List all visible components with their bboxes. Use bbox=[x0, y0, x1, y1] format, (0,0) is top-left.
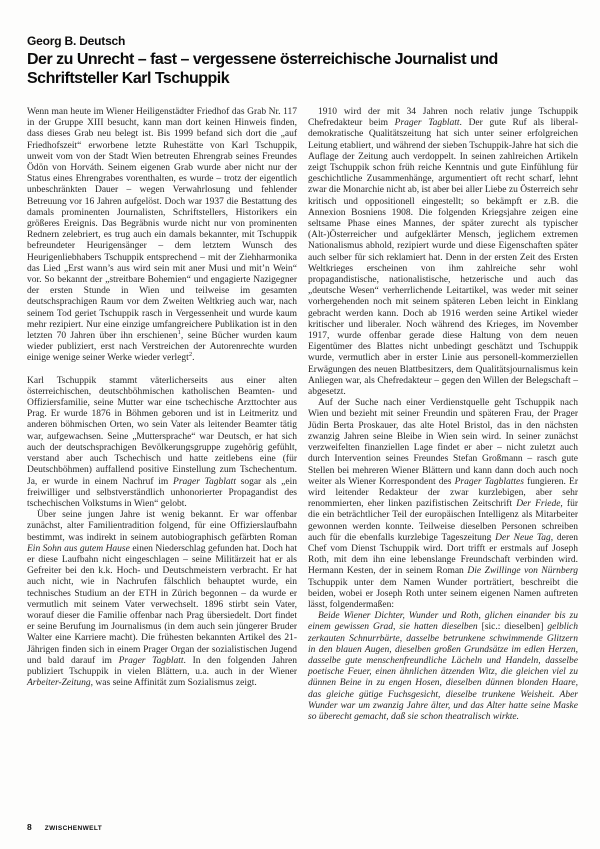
page-number: 8 bbox=[27, 822, 32, 832]
paragraph: 1910 wird der mit 34 Jahren noch relativ… bbox=[308, 107, 578, 398]
journal-name: ZWISCHENWELT bbox=[45, 825, 102, 832]
paragraph: Beide Wiener Dichter, Wunder und Roth, g… bbox=[308, 611, 578, 723]
column-left: Wenn man heute im Wiener Heiligenstädter… bbox=[27, 107, 297, 723]
column-right: 1910 wird der mit 34 Jahren noch relativ… bbox=[308, 107, 578, 723]
article-body: Wenn man heute im Wiener Heiligenstädter… bbox=[27, 107, 578, 723]
author-name: Georg B. Deutsch bbox=[27, 34, 578, 48]
article-header: Georg B. Deutsch Der zu Unrecht – fast –… bbox=[27, 34, 578, 88]
magazine-page: Georg B. Deutsch Der zu Unrecht – fast –… bbox=[0, 0, 600, 849]
paragraph: Karl Tschuppik stammt väterlicherseits a… bbox=[27, 376, 297, 510]
article-title-line-1: Der zu Unrecht – fast – vergessene öster… bbox=[27, 50, 578, 69]
paragraph: Über seine jungen Jahre ist wenig bekann… bbox=[27, 510, 297, 689]
paragraph: Auf der Suche nach einer Verdienstquelle… bbox=[308, 398, 578, 611]
paragraph: Wenn man heute im Wiener Heiligenstädter… bbox=[27, 107, 297, 365]
article-title-line-2: Schriftsteller Karl Tschuppik bbox=[27, 69, 578, 88]
page-footer: 8 ZWISCHENWELT bbox=[27, 822, 102, 832]
